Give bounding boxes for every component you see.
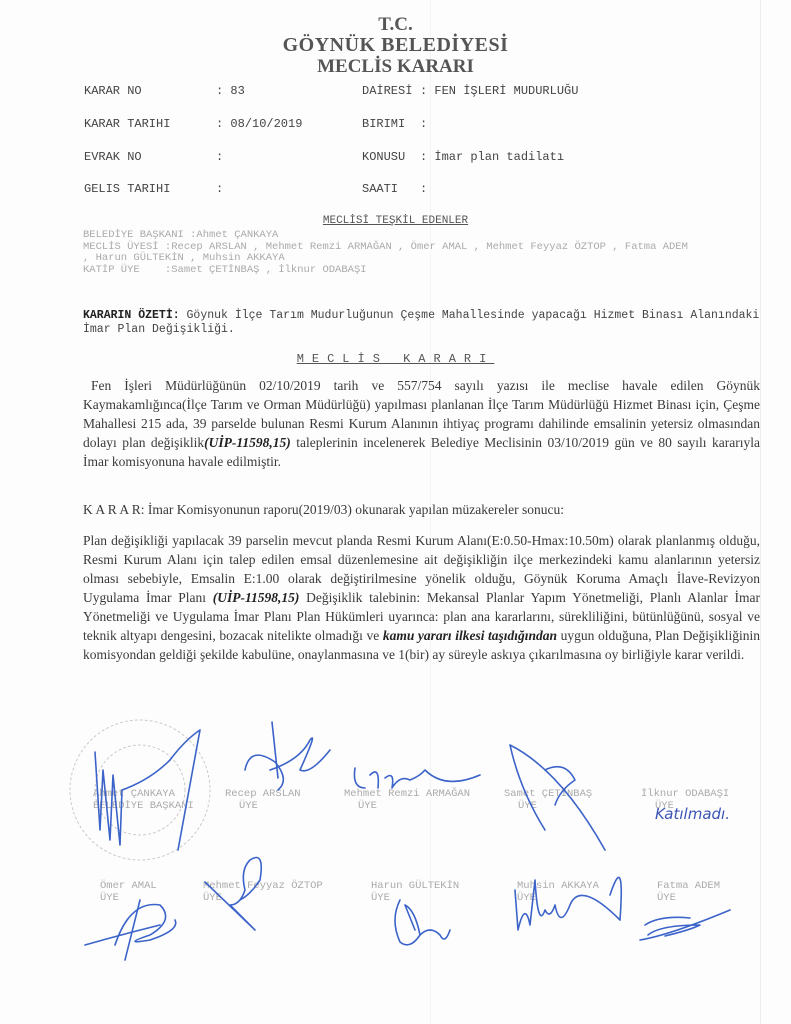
signatory-role: ÜYE (225, 800, 301, 812)
signatory-name: Recep ARSLAN (225, 788, 301, 800)
council-heading: MECLİSİ TEŞKİL EDENLER (0, 215, 791, 227)
signatory-role: ÜYE (504, 800, 592, 812)
meta-label: EVRAK NO (84, 150, 142, 164)
meta-label: KARAR NO (84, 84, 142, 98)
signatory-name: Mehmet Feyyaz ÖZTOP (203, 880, 323, 892)
plan-code: (UİP-11598,15) (213, 590, 300, 605)
signatory-role: BELEDİYE BAŞKANI (93, 800, 194, 812)
public-interest-emphasis: kamu yararı ilkesi taşıdığından (383, 628, 557, 643)
meta-value: : 08/10/2019 (216, 117, 302, 131)
signature-block: Recep ARSLANÜYE (225, 788, 301, 812)
signature-block: Mehmet Feyyaz ÖZTOPÜYE (203, 880, 323, 904)
decision-paragraph-2: K A R A R: İmar Komisyonunun raporu(2019… (83, 500, 760, 519)
signatory-name: Fatma ADEM (657, 880, 720, 892)
signature-block: Harun GÜLTEKİNÜYE (371, 880, 459, 904)
signatory-name: Samet ÇETİNBAŞ (504, 788, 592, 800)
scan-artifact-line (760, 0, 761, 1024)
signatory-name: Mehmet Remzi ARMAĞAN (344, 788, 470, 800)
summary-label: KARARIN ÖZETİ: (83, 309, 180, 322)
signature-mehmet-remzi-icon (354, 768, 480, 788)
signatory-role: ÜYE (203, 892, 323, 904)
council-line: MECLİS ÜYESİ :Recep ARSLAN , Mehmet Remz… (83, 241, 688, 253)
signature-block: Mehmet Remzi ARMAĞANÜYE (344, 788, 470, 812)
signatory-role: ÜYE (371, 892, 459, 904)
decision-paragraph-3: Plan değişikliği yapılacak 39 parselin m… (83, 531, 760, 664)
signature-recep-arslan-icon (245, 722, 330, 790)
signatory-role: ÜYE (100, 892, 157, 904)
council-line: BELEDİYE BAŞKANI :Ahmet ÇANKAYA (83, 229, 278, 241)
plan-code: (UİP-11598,15) (204, 435, 291, 450)
meta-label: BIRIMI (362, 117, 405, 131)
council-line: , Harun GÜLTEKİN , Muhsin AKKAYA (83, 252, 285, 264)
meta-value: : (216, 182, 223, 196)
signatory-role: ÜYE (657, 892, 720, 904)
signatory-name: İlknur ODABAŞI (641, 788, 729, 800)
signatory-name: Ahmet ÇANKAYA (93, 788, 175, 800)
signatory-name: Ömer AMAL (100, 880, 157, 892)
meta-label: DAİRESİ (362, 84, 412, 98)
signature-fatma-adem-icon (640, 910, 730, 940)
meta-value: : 83 (216, 84, 245, 98)
absence-note: Katılmadı. (655, 805, 730, 823)
signatory-role: ÜYE (517, 892, 599, 904)
signature-block: Muhsin AKKAYAÜYE (517, 880, 599, 904)
header-municipality: GÖYNÜK BELEDİYESİ (0, 34, 791, 57)
meta-value: : (420, 117, 427, 131)
signature-omer-amal-icon (85, 900, 176, 960)
decision-heading: MECLİS KARARI (0, 352, 791, 366)
signatory-name: Harun GÜLTEKİN (371, 880, 459, 892)
header-doc-type: MECLİS KARARI (0, 56, 791, 78)
signature-block: Ahmet ÇANKAYABELEDİYE BAŞKANI (93, 788, 194, 812)
meta-label: KARAR TARIHI (84, 117, 170, 131)
decision-paragraph-1: Fen İşleri Müdürlüğünün 02/10/2019 tarih… (83, 376, 760, 471)
signature-harun-gultekin-icon (395, 900, 450, 945)
meta-label: KONUSU (362, 150, 405, 164)
meta-label: GELIS TARIHI (84, 182, 170, 196)
meta-value: : İmar plan tadilatı (420, 150, 564, 164)
summary-text: Göynuk İlçe Tarım Mudurluğunun Çeşme Mah… (83, 309, 759, 336)
meta-value: : (420, 182, 427, 196)
signature-block: Fatma ADEMÜYE (657, 880, 720, 904)
signature-block: Samet ÇETİNBAŞÜYE (504, 788, 592, 812)
header-tc: T.C. (0, 14, 791, 36)
council-members: BELEDİYE BAŞKANI :Ahmet ÇANKAYA MECLİS Ü… (83, 230, 688, 276)
council-line: KATİP ÜYE :Samet ÇETİNBAŞ , İlknur ODABA… (83, 264, 367, 276)
signature-block: Ömer AMALÜYE (100, 880, 157, 904)
meta-value: : (216, 150, 223, 164)
document-page: T.C. GÖYNÜK BELEDİYESİ MECLİS KARARI KAR… (0, 0, 791, 1024)
decision-summary: KARARIN ÖZETİ: Göynuk İlçe Tarım Mudurlu… (83, 309, 763, 337)
meta-label: SAATI (362, 182, 398, 196)
signatory-role: ÜYE (344, 800, 470, 812)
signatory-name: Muhsin AKKAYA (517, 880, 599, 892)
meta-value: : FEN İŞLERİ MUDURLUĞU (420, 84, 578, 98)
